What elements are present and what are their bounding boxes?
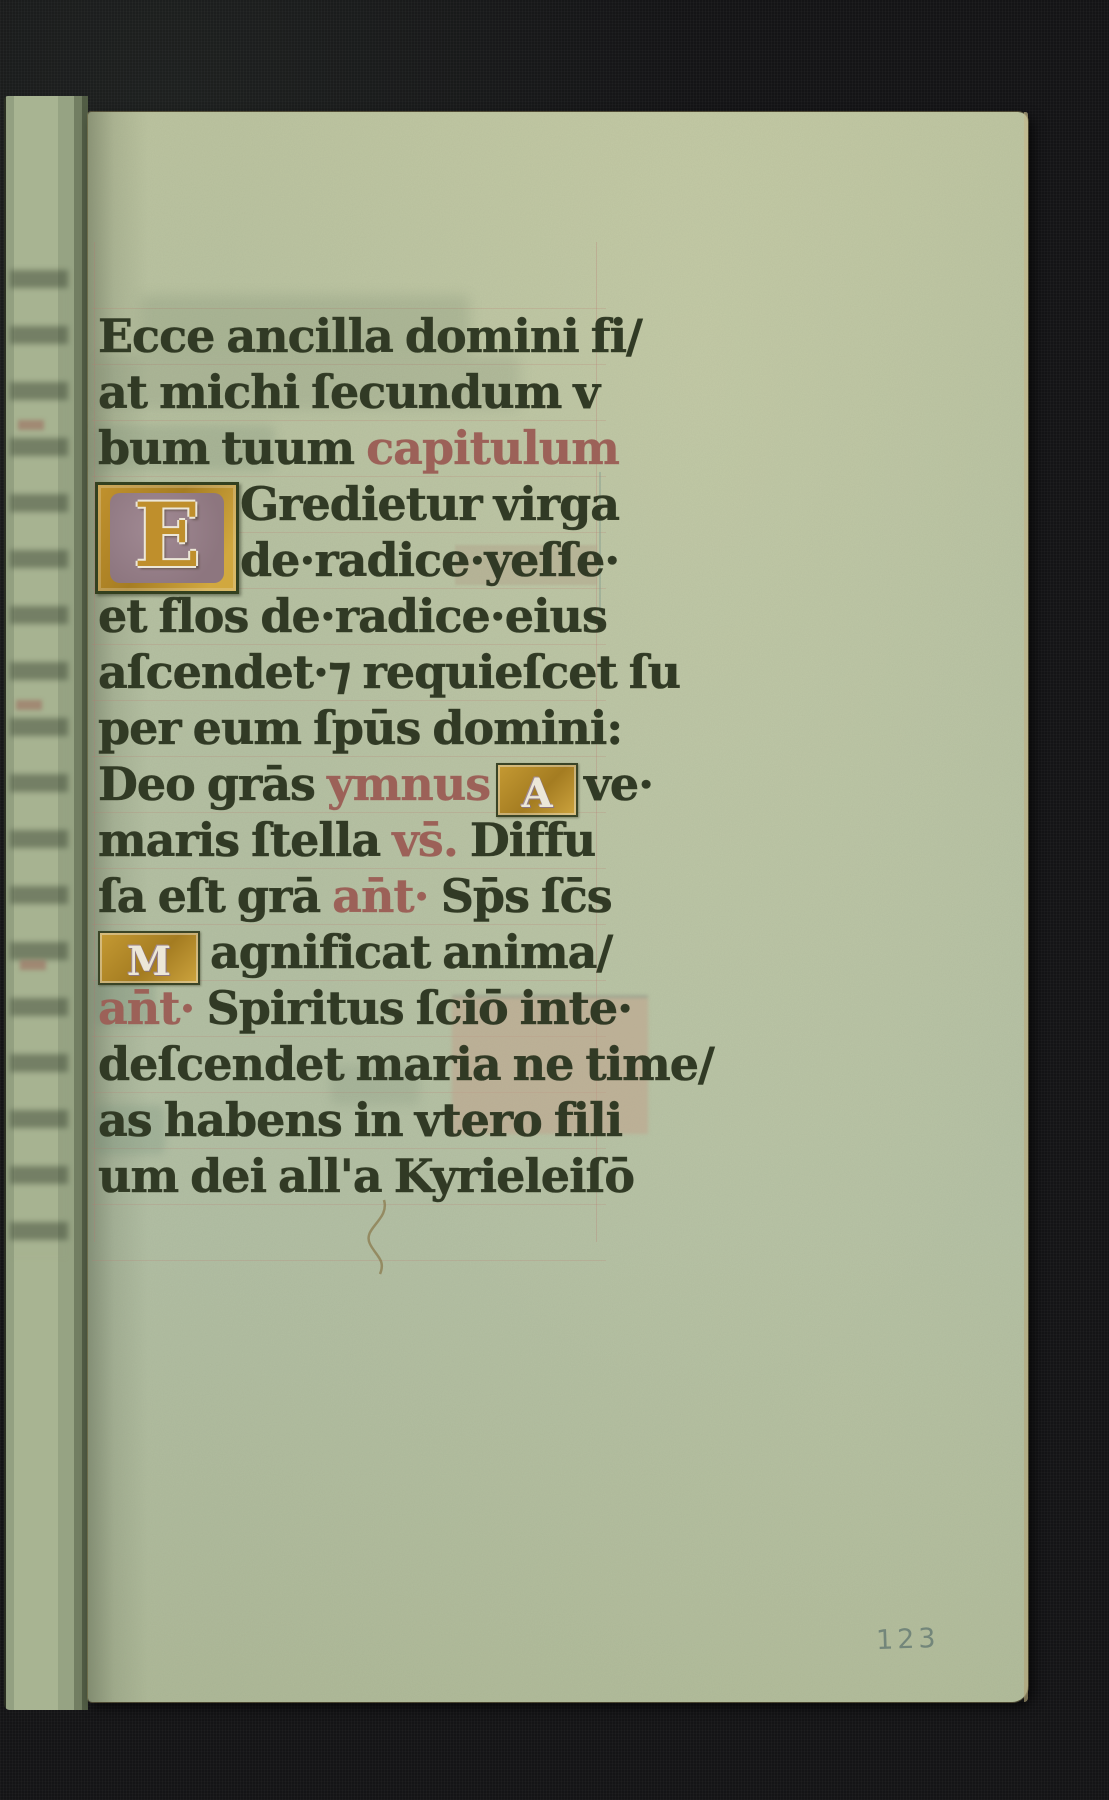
ink-text: ſa eſt grā: [98, 869, 332, 923]
ink-text: et flos de·radice·eius: [98, 589, 607, 643]
text-line-6: et flos de·radice·eius: [98, 590, 607, 646]
text-line-5: de·radice·yeſſe·: [240, 534, 619, 590]
text-line-8: per eum ſpūs domini:: [98, 702, 622, 758]
rubric-ymnus: ymnus: [327, 757, 490, 811]
initial-m-letter: M: [127, 938, 171, 985]
text-line-11: ſa eſt grā an̄t· Sp̄s ſc̄s: [98, 870, 612, 926]
text-line-2: at michi ſecundum v: [98, 366, 599, 422]
text-line-3: bum tuum capitulum: [98, 422, 619, 478]
rubric-capitulum: capitulum: [366, 421, 619, 475]
text-line-12: Magnificat anima/: [98, 926, 612, 982]
ink-text: Spiritus ſciō inte·: [207, 981, 633, 1035]
ghost-text-column: [10, 270, 68, 1260]
ink-text: per eum ſpūs domini:: [98, 701, 622, 755]
illuminated-initial-a: A: [496, 763, 578, 817]
text-line-15: as habens in vtero fili: [98, 1094, 622, 1150]
rubric-versicle: vs̄.: [392, 813, 470, 867]
ink-text: de·radice·yeſſe·: [240, 533, 619, 587]
text-line-13: an̄t· Spiritus ſciō inte·: [98, 982, 632, 1038]
text-line-14: deſcendet maria ne time/: [98, 1038, 714, 1094]
text-line-1: Ecce ancilla domini fi/: [98, 310, 642, 366]
text-line-9: Deo grās ymnusAve·: [98, 758, 653, 814]
initial-e-letter: E: [98, 485, 236, 591]
ink-text: um dei all'a Kyrieleiſō: [98, 1149, 634, 1203]
text-line-7: aſcendet·⁊ requieſcet ſu: [98, 646, 680, 702]
facing-page-edge: [4, 96, 88, 1710]
ink-text: at michi ſecundum v: [98, 365, 599, 419]
folio-number: 123: [875, 1623, 940, 1656]
rubric-antiphon: an̄t·: [332, 869, 441, 923]
manuscript-page: E Ecce ancilla domini fi/ at michi ſecun…: [88, 112, 1028, 1702]
ink-text: Ecce ancilla domini fi/: [98, 309, 642, 363]
text-line-10: maris ſtella vs̄. Diffu: [98, 814, 595, 870]
ink-text: agnificat anima/: [210, 925, 612, 979]
ghost-rubric-mark: [18, 420, 44, 430]
initial-a-letter: A: [522, 770, 553, 817]
illuminated-initial-m: M: [98, 931, 200, 985]
ruling-line-left: [94, 242, 95, 1242]
ink-text: deſcendet maria ne time/: [98, 1037, 714, 1091]
ink-text: Diffu: [470, 813, 595, 867]
ghost-rubric-mark: [16, 700, 42, 710]
ink-text: aſcendet·⁊ requieſcet ſu: [98, 645, 680, 699]
pen-flourish: [350, 1198, 400, 1278]
text-line-4: Gredietur virga: [240, 478, 619, 534]
illuminated-initial-e: E: [95, 482, 239, 594]
ink-text: ve·: [584, 757, 653, 811]
ink-text: maris ſtella: [98, 813, 392, 867]
ink-text: Deo grās: [98, 757, 327, 811]
ink-text: as habens in vtero fili: [98, 1093, 622, 1147]
ink-text: Gredietur virga: [240, 477, 619, 531]
ink-text: bum tuum: [98, 421, 366, 475]
rubric-antiphon: an̄t·: [98, 981, 207, 1035]
ink-text: Sp̄s ſc̄s: [441, 869, 612, 923]
ghost-rubric-mark: [20, 960, 46, 970]
